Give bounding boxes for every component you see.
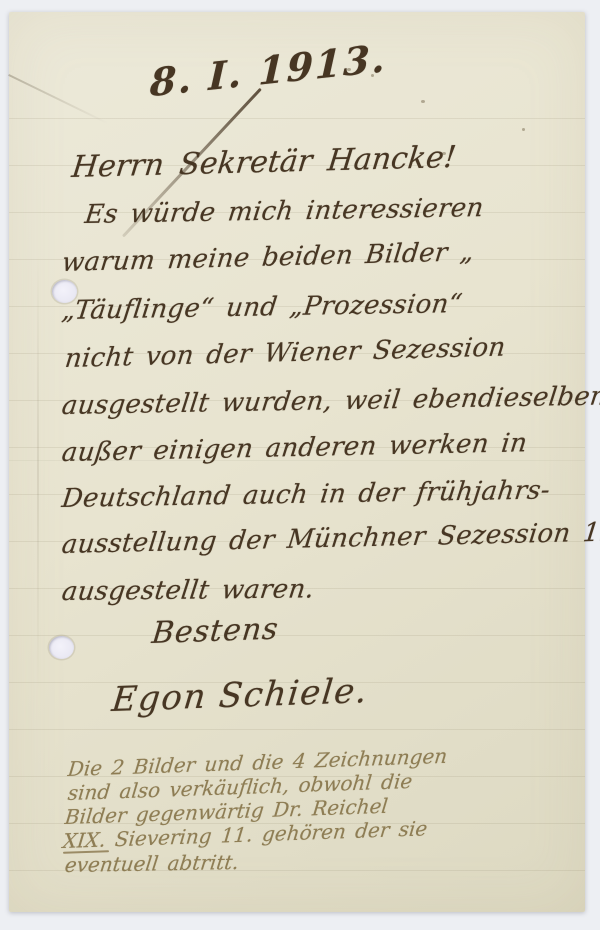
body-line: nicht von der Wiener Sezession [63, 332, 507, 374]
body-line: warum meine beiden Bilder „ [60, 237, 475, 278]
body-line: Deutschland auch in der frühjahrs- [60, 475, 552, 514]
date-line: 8. I. 1913. [149, 35, 387, 105]
paper-crease-top-left [8, 74, 108, 124]
salutation: Herrn Sekretär Hancke! [70, 140, 458, 185]
body-line: ausstellung der Münchner Sezession 1912. [60, 516, 600, 560]
paper-crease-left [37, 252, 39, 692]
body-line: ausgestellt waren. [60, 574, 316, 607]
body-line: „Täuflinge“ und „Prozession“ [60, 289, 464, 326]
postscript-line: eventuell abtritt. [64, 850, 241, 877]
body-line: Es würde mich interessieren [83, 193, 485, 230]
body-line: außer einigen anderen werken in [60, 428, 529, 468]
signature: Egon Schiele. [110, 671, 370, 720]
ink-speck [522, 128, 525, 131]
punch-hole-bottom [49, 636, 74, 659]
body-line: ausgestellt wurden, weil ebendieselben [60, 381, 600, 421]
ink-speck [421, 100, 425, 103]
closing: Bestens [150, 612, 280, 652]
letter-paper: 8. I. 1913. Herrn Sekretär Hancke! Es wü… [9, 12, 585, 912]
